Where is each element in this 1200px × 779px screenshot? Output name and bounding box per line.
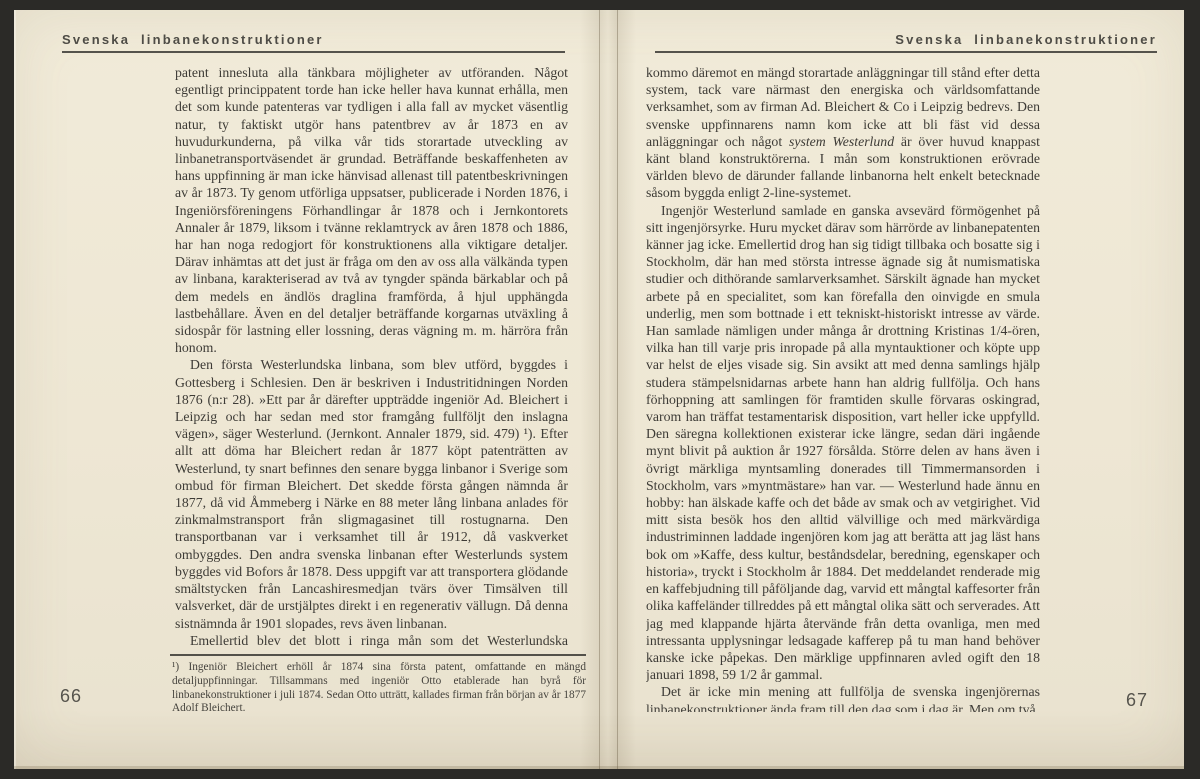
footnote-rule <box>170 654 586 656</box>
running-header-left: Svenska linbanekonstruktioner <box>62 32 324 47</box>
header-rule-right <box>655 51 1157 53</box>
text-segment: Det är icke min mening att fullfölja de … <box>646 684 1040 712</box>
page-number-right: 67 <box>1126 690 1148 711</box>
gutter-line-right <box>617 10 618 769</box>
paragraph: Det är icke min mening att fullfölja de … <box>646 683 1040 712</box>
italic-text-segment: system Westerlund <box>789 134 894 149</box>
text-segment: Ingenjör Westerlund samlade en ganska av… <box>646 203 1040 682</box>
running-header-right: Svenska linbanekonstruktioner <box>655 32 1157 47</box>
paragraph: Den första Westerlundska linbana, som bl… <box>175 356 568 631</box>
paper-edge-highlight <box>14 10 16 769</box>
text-segment: Emellertid blev det blott i ringa mån so… <box>175 633 568 650</box>
paragraph: kommo däremot en mängd storartade anlägg… <box>646 64 1040 202</box>
paragraph: Ingenjör Westerlund samlade en ganska av… <box>646 202 1040 684</box>
page-number-left: 66 <box>60 686 82 707</box>
gutter-line-left <box>599 10 600 769</box>
page-body-left: patent innesluta alla tänkbara möjlighet… <box>175 64 568 650</box>
spread-gutter-shadow <box>580 10 636 769</box>
footnote-text: ¹) Ingeniör Bleichert erhöll år 1874 sin… <box>172 661 586 716</box>
header-rule-left <box>62 51 565 53</box>
scanned-book-view: Svenska linbanekonstruktioner patent inn… <box>0 0 1200 779</box>
text-segment: Den första Westerlundska linbana, som bl… <box>175 357 568 630</box>
paragraph: Emellertid blev det blott i ringa mån so… <box>175 632 568 650</box>
text-segment: patent innesluta alla tänkbara möjlighet… <box>175 65 568 355</box>
paragraph: patent innesluta alla tänkbara möjlighet… <box>175 64 568 356</box>
page-body-right: kommo däremot en mängd storartade anlägg… <box>646 64 1040 712</box>
